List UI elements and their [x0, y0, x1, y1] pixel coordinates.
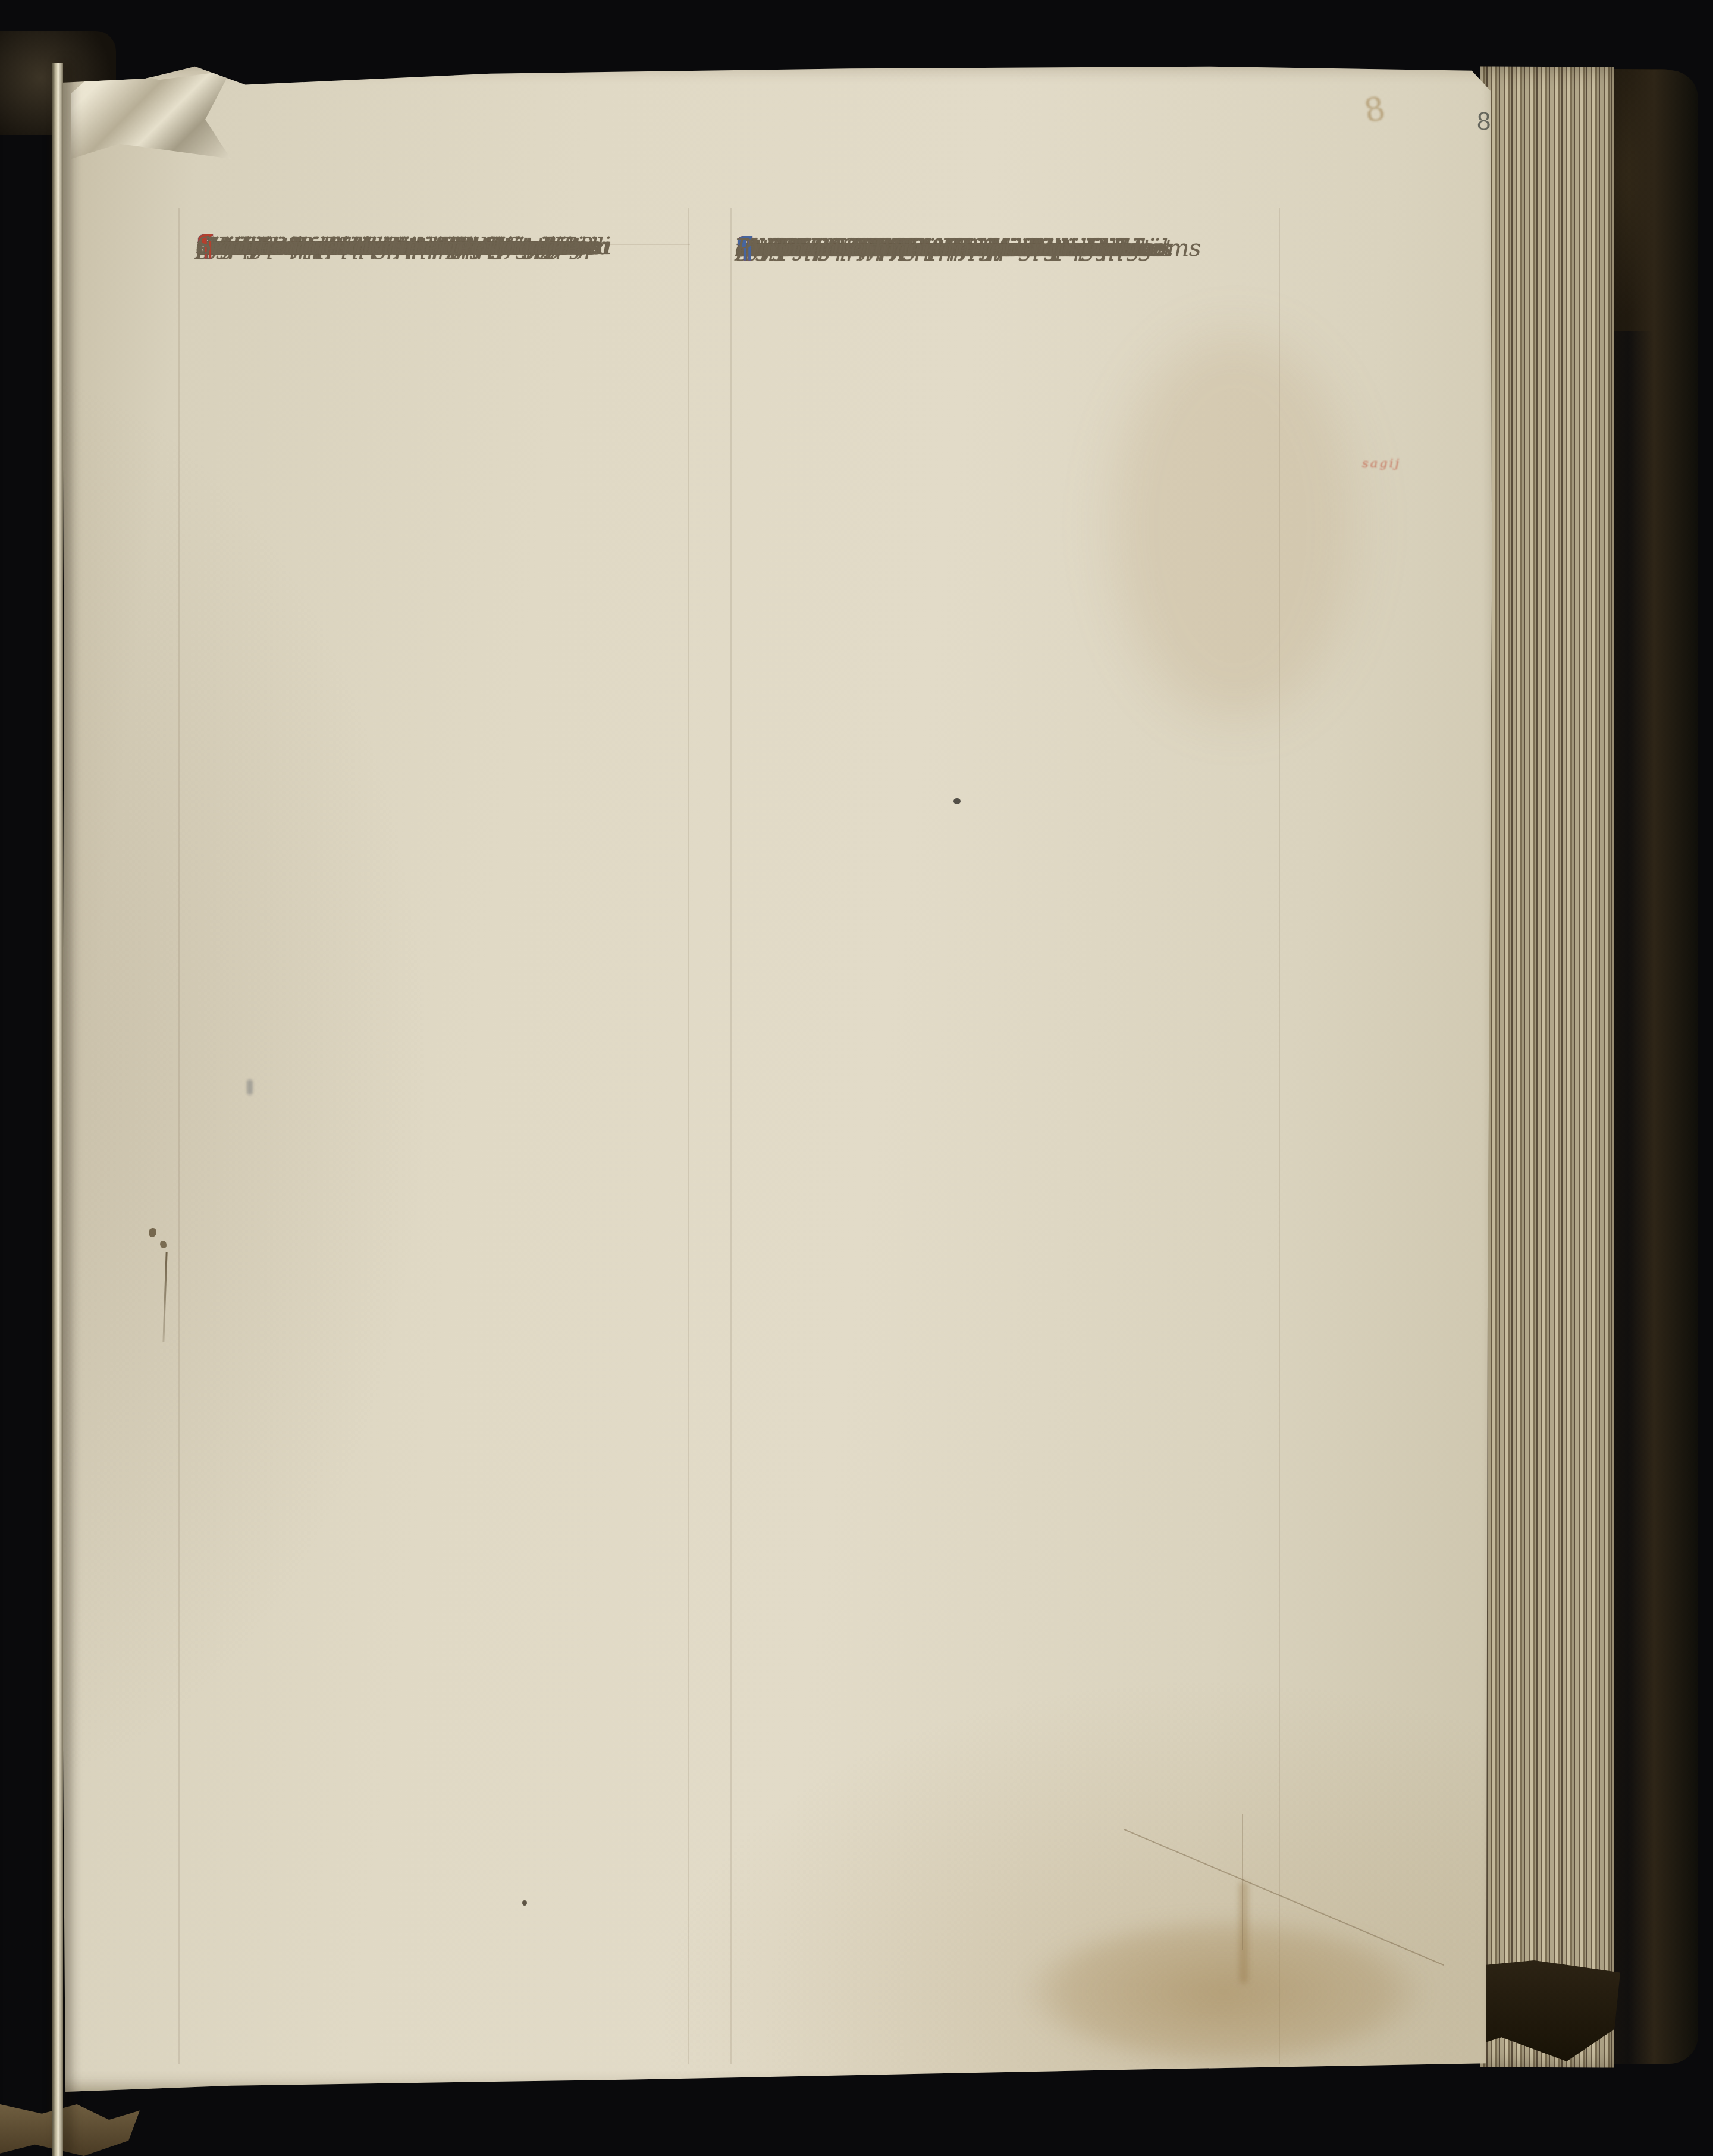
ink-blot	[953, 798, 961, 804]
photograph-backdrop: solum sit matia lapidis phorum fmantiquo…	[0, 0, 1713, 2156]
manuscript-page: solum sit matia lapidis phorum fmantiquo…	[58, 62, 1498, 2092]
underlying-page-torn-corner	[0, 2104, 140, 2156]
ruling-line-right-outer	[730, 208, 732, 2064]
margin-nota-mark	[160, 1241, 167, 1248]
margin-nota-mark	[149, 1228, 156, 1237]
line-text: Significat	[196, 227, 308, 266]
red-offset-mark: sagij	[1362, 456, 1401, 470]
gray-smudge	[247, 1079, 253, 1095]
ruling-line-left-outer	[178, 208, 180, 2064]
fore-edge-page-stack	[1480, 66, 1614, 2067]
underlying-page-edge	[0, 70, 55, 2129]
page-holder-strip	[52, 63, 63, 2156]
stain-bottom-right	[962, 1893, 1486, 2091]
crease-line-vertical	[1242, 1814, 1243, 1950]
margin-nota-mark	[162, 1252, 167, 1342]
offset-ink-mark: 8	[1361, 89, 1389, 130]
folio-number: 8	[1476, 108, 1491, 136]
stain-right-middle	[1112, 333, 1357, 718]
stain-drip	[1239, 1881, 1248, 1984]
ink-speck	[522, 1900, 527, 1906]
ruling-line-left-inner	[688, 208, 689, 2064]
line-text: Propt qd	[736, 228, 840, 268]
